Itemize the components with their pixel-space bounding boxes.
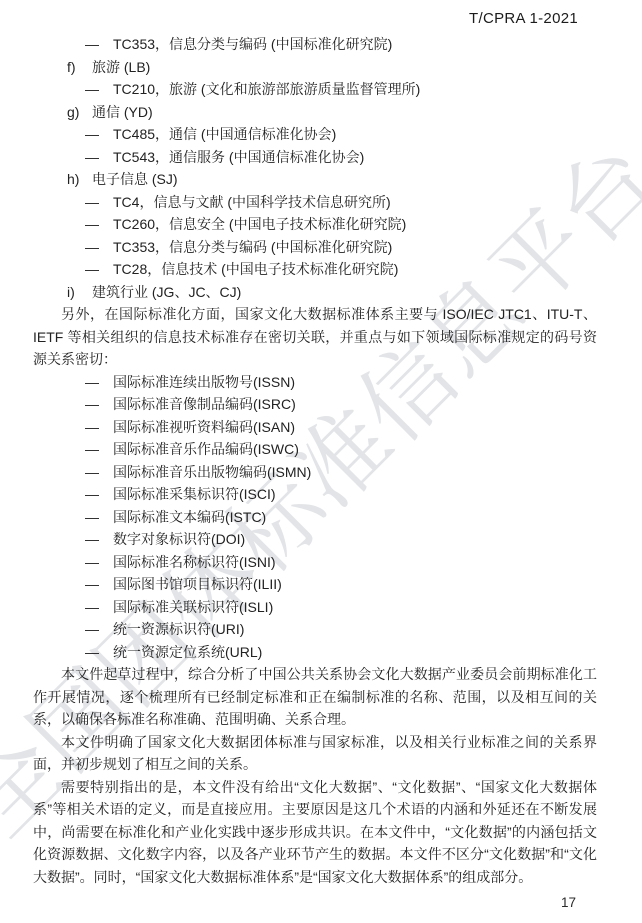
list-item-dash: —TC28，信息技术 (中国电子技术标准化研究院) — [33, 258, 597, 281]
dash-marker: — — [85, 596, 101, 619]
letter-label: g) — [67, 101, 92, 124]
dash-marker: — — [85, 236, 101, 259]
item-text: 建筑行业 (JG、JC、CJ) — [92, 284, 241, 300]
document-page: 全国团体标准信息平台 T/CPRA 1-2021 —TC353，信息分类与编码 … — [0, 0, 642, 923]
dash-marker: — — [85, 506, 101, 529]
paragraph: 另外，在国际标准化方面，国家文化大数据标准体系主要与 ISO/IEC JTC1、… — [33, 303, 597, 371]
dash-marker: — — [85, 393, 101, 416]
dash-marker: — — [85, 78, 101, 101]
list-item-letter: i)建筑行业 (JG、JC、CJ) — [33, 281, 597, 304]
list-item-dash: —TC353，信息分类与编码 (中国标准化研究院) — [33, 33, 597, 56]
item-text: 旅游 (LB) — [92, 59, 150, 75]
list-item-letter: h)电子信息 (SJ) — [33, 168, 597, 191]
letter-label: h) — [67, 168, 92, 191]
item-text: TC353，信息分类与编码 (中国标准化研究院) — [113, 239, 392, 255]
item-text: TC210，旅游 (文化和旅游部旅游质量监督管理所) — [113, 81, 420, 97]
item-text: TC260，信息安全 (中国电子技术标准化研究院) — [113, 216, 406, 232]
list-item-dash: —国际标准视听资料编码(ISAN) — [33, 416, 597, 439]
item-text: 国际图书馆项目标识符(ILII) — [113, 576, 282, 592]
dash-marker: — — [85, 213, 101, 236]
item-text: 国际标准音乐出版物编码(ISMN) — [113, 464, 311, 480]
list-item-dash: —TC485，通信 (中国通信标准化协会) — [33, 123, 597, 146]
paragraph: 需要特别指出的是，本文件没有给出“文化大数据”、“文化数据”、“国家文化大数据体… — [33, 776, 597, 889]
list-item-dash: —国际标准连续出版物号(ISSN) — [33, 371, 597, 394]
item-text: TC353，信息分类与编码 (中国标准化研究院) — [113, 36, 392, 52]
item-text: 国际标准文本编码(ISTC) — [113, 509, 266, 525]
item-text: 国际标准名称标识符(ISNI) — [113, 554, 276, 570]
doc-code: T/CPRA 1-2021 — [469, 10, 578, 27]
list-item-dash: —国际标准音像制品编码(ISRC) — [33, 393, 597, 416]
item-text: 国际标准音像制品编码(ISRC) — [113, 396, 296, 412]
list-item-dash: —国际标准名称标识符(ISNI) — [33, 551, 597, 574]
content: —TC353，信息分类与编码 (中国标准化研究院)f)旅游 (LB)—TC210… — [33, 33, 597, 888]
item-text: 国际标准视听资料编码(ISAN) — [113, 419, 295, 435]
dash-marker: — — [85, 618, 101, 641]
dash-marker: — — [85, 641, 101, 664]
item-text: TC485，通信 (中国通信标准化协会) — [113, 126, 336, 142]
list-item-letter: g)通信 (YD) — [33, 101, 597, 124]
item-text: 统一资源标识符(URI) — [113, 621, 244, 637]
dash-marker: — — [85, 573, 101, 596]
dash-marker: — — [85, 528, 101, 551]
list-item-dash: —国际标准音乐出版物编码(ISMN) — [33, 461, 597, 484]
list-item-dash: —统一资源定位系统(URL) — [33, 641, 597, 664]
dash-marker: — — [85, 146, 101, 169]
item-text: TC4，信息与文献 (中国科学技术信息研究所) — [113, 194, 391, 210]
dash-marker: — — [85, 438, 101, 461]
list-item-dash: —TC260，信息安全 (中国电子技术标准化研究院) — [33, 213, 597, 236]
list-item-dash: —国际标准音乐作品编码(ISWC) — [33, 438, 597, 461]
dash-marker: — — [85, 416, 101, 439]
page-number: 17 — [561, 895, 576, 910]
dash-marker: — — [85, 191, 101, 214]
dash-marker: — — [85, 483, 101, 506]
letter-label: i) — [67, 281, 92, 304]
item-text: 通信 (YD) — [92, 104, 153, 120]
item-text: 国际标准音乐作品编码(ISWC) — [113, 441, 299, 457]
item-text: 电子信息 (SJ) — [92, 171, 178, 187]
dash-marker: — — [85, 551, 101, 574]
letter-label: f) — [67, 56, 92, 79]
list-item-dash: —TC4，信息与文献 (中国科学技术信息研究所) — [33, 191, 597, 214]
dash-marker: — — [85, 33, 101, 56]
item-text: TC28，信息技术 (中国电子技术标准化研究院) — [113, 261, 398, 277]
list-item-letter: f)旅游 (LB) — [33, 56, 597, 79]
item-text: 国际标准连续出版物号(ISSN) — [113, 374, 295, 390]
list-item-dash: —国际图书馆项目标识符(ILII) — [33, 573, 597, 596]
paragraph: 本文件起草过程中，综合分析了中国公共关系协会文化大数据产业委员会前期标准化工作开… — [33, 663, 597, 731]
list-item-dash: —TC353，信息分类与编码 (中国标准化研究院) — [33, 236, 597, 259]
dash-marker: — — [85, 258, 101, 281]
dash-marker: — — [85, 461, 101, 484]
item-text: 数字对象标识符(DOI) — [113, 531, 245, 547]
item-text: 国际标准关联标识符(ISLI) — [113, 599, 273, 615]
list-item-dash: —数字对象标识符(DOI) — [33, 528, 597, 551]
paragraph: 本文件明确了国家文化大数据团体标准与国家标准，以及相关行业标准之间的关系界面，并… — [33, 731, 597, 776]
list-item-dash: —国际标准文本编码(ISTC) — [33, 506, 597, 529]
item-text: TC543，通信服务 (中国通信标准化协会) — [113, 149, 364, 165]
list-item-dash: —TC543，通信服务 (中国通信标准化协会) — [33, 146, 597, 169]
list-item-dash: —国际标准采集标识符(ISCI) — [33, 483, 597, 506]
dash-marker: — — [85, 123, 101, 146]
list-item-dash: —国际标准关联标识符(ISLI) — [33, 596, 597, 619]
list-item-dash: —TC210，旅游 (文化和旅游部旅游质量监督管理所) — [33, 78, 597, 101]
dash-marker: — — [85, 371, 101, 394]
item-text: 国际标准采集标识符(ISCI) — [113, 486, 276, 502]
item-text: 统一资源定位系统(URL) — [113, 644, 262, 660]
list-item-dash: —统一资源标识符(URI) — [33, 618, 597, 641]
